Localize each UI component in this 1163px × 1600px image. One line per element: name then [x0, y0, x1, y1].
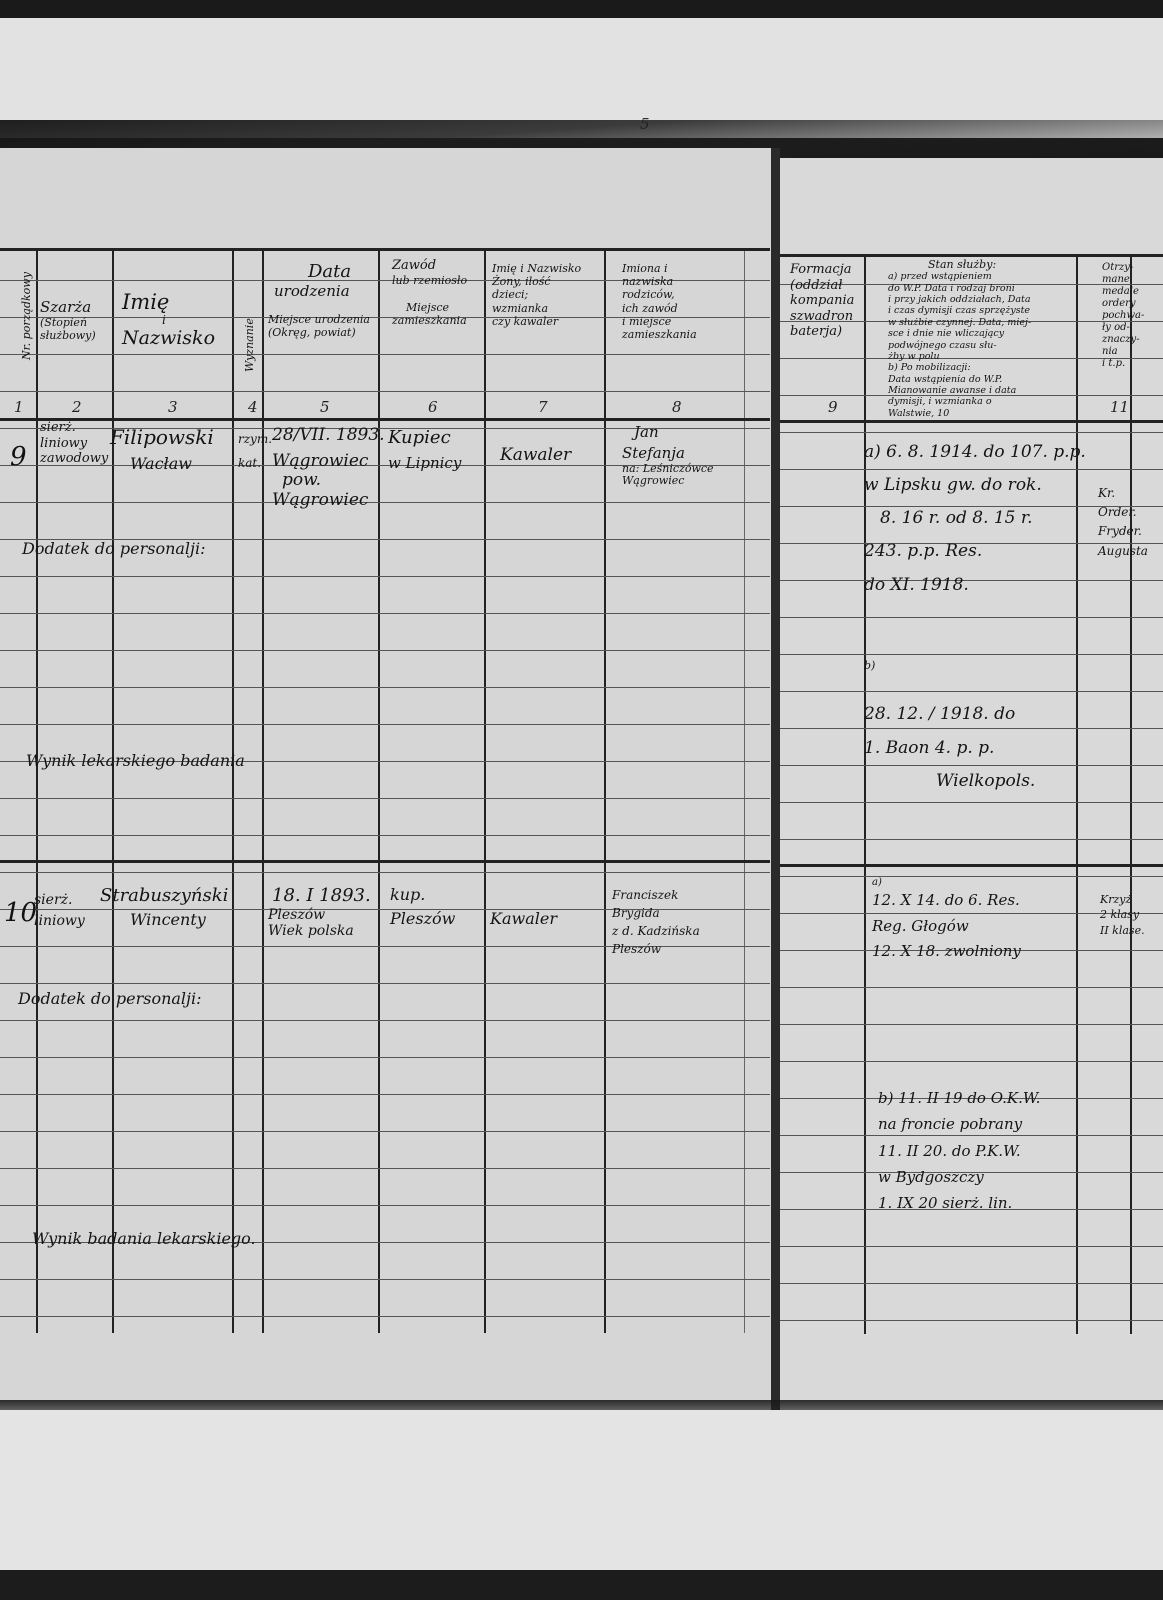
- rule-line: [0, 1020, 770, 1021]
- rule-line: [0, 1168, 770, 1169]
- header-col10: Stan służby: a) przed wstąpieniem do W.P…: [888, 258, 1031, 419]
- rule-line: [780, 1320, 1163, 1321]
- rule-line: [0, 724, 770, 725]
- record-awards: Kr. Order. Fryder. Augusta: [1098, 484, 1148, 561]
- rule-line: [0, 835, 770, 836]
- record-birth: 28/VII. 1893. Wągrowiec pow. Wągrowiec: [272, 426, 385, 510]
- rule-line: [0, 983, 770, 984]
- record-spouse: Kawaler: [490, 910, 557, 928]
- rule-line: [0, 1057, 770, 1058]
- record-appendix-label: Dodatek do personalji:: [22, 540, 206, 558]
- rule-line: [262, 248, 264, 1333]
- header-col4: Wyznanie: [243, 318, 256, 372]
- header-col9: Formacja (oddział kompania szwadron bate…: [790, 262, 854, 340]
- column-number: 3: [168, 398, 178, 416]
- rule-line: [0, 613, 770, 614]
- rule-line: [112, 248, 114, 1333]
- record-parents: Jan Stefanja na: Leśniczówce Wągrowiec: [622, 424, 714, 488]
- header-col7: Imię i Nazwisko Żony, ilość dzieci; wzmi…: [492, 262, 581, 328]
- rule-line: [780, 432, 1163, 433]
- record-rank: sierż. liniowy zawodowy: [40, 420, 108, 467]
- rule-line: [780, 839, 1163, 840]
- rule-line: [0, 576, 770, 577]
- rule-line: [0, 687, 770, 688]
- rule-line: [378, 248, 380, 1333]
- record-birth: 18. I 1893. Pleszów Wiek polska: [268, 886, 371, 939]
- record-religion: rzym. kat.: [238, 432, 272, 471]
- rule-line: [0, 354, 770, 355]
- header-col5: Data urodzenia Miejsce urodzenia (Okręg,…: [268, 262, 370, 339]
- header-col1: Nr. porządkowy: [20, 272, 33, 360]
- header-col8: Imiona i nazwiska rodziców, ich zawód i …: [622, 262, 697, 341]
- header-col2: Szarża (Stopień służbowy): [40, 298, 96, 342]
- record-service-a: a) 6. 8. 1914. do 107. p.p. w Lipsku gw.…: [864, 436, 1086, 602]
- rule-line: [36, 248, 38, 1333]
- column-number: 7: [538, 398, 548, 416]
- record-occupation: Kupiec w Lipnicy: [388, 428, 461, 472]
- rule-line: [744, 248, 745, 1333]
- record-spouse: Kawaler: [500, 446, 571, 466]
- rule-line: [0, 502, 770, 503]
- rule-line: [0, 1316, 770, 1317]
- rule-line: [780, 876, 1163, 877]
- rule-line: [780, 1283, 1163, 1284]
- column-number: 4: [248, 398, 258, 416]
- rule-line: [780, 802, 1163, 803]
- rule-line: [780, 1246, 1163, 1247]
- record-appendix-label: Dodatek do personalji:: [18, 990, 202, 1008]
- rule-line: [0, 872, 770, 873]
- header-col6: Zawód lub rzemiosło Miejsce zamieszkania: [392, 258, 467, 327]
- column-number: 6: [428, 398, 438, 416]
- rule-line: [780, 864, 1163, 867]
- record-name: Filipowski Wacław: [110, 426, 214, 473]
- record-name: Strabuszyński Wincenty: [100, 886, 228, 929]
- record-awards: Krzyż 2 klasy II klase.: [1100, 892, 1145, 938]
- record-service-b: b) 28. 12. / 1918. do 1. Baon 4. p. p. W…: [864, 655, 1035, 798]
- rule-line: [780, 987, 1163, 988]
- record-occupation: kup. Pleszów: [390, 886, 455, 929]
- rule-line: [0, 650, 770, 651]
- rule-line: [0, 1094, 770, 1095]
- rule-line: [604, 248, 606, 1333]
- rule-line: [0, 1205, 770, 1206]
- bottom-overlapping-sheet: [0, 1410, 1163, 1580]
- header-col3: Imię i Nazwisko: [122, 290, 215, 350]
- rule-line: [0, 798, 770, 799]
- record-number: 10: [4, 898, 37, 928]
- rule-line: [0, 418, 770, 421]
- column-number: 8: [672, 398, 682, 416]
- rule-line: [780, 1061, 1163, 1062]
- rule-line: [0, 391, 770, 392]
- rule-line: [484, 248, 486, 1333]
- rule-line: [780, 420, 1163, 423]
- record-service-a: a) 12. X 14. do 6. Res. Reg. Głogów 12. …: [872, 878, 1021, 965]
- rule-line: [232, 248, 234, 1333]
- bottom-edge: [0, 1570, 1163, 1600]
- column-number: 2: [72, 398, 82, 416]
- rule-line: [780, 254, 1163, 257]
- book-spine: [771, 148, 780, 1418]
- record-medical-label: Wynik badania lekarskiego.: [32, 1230, 256, 1248]
- rule-line: [0, 248, 770, 251]
- header-col11: Otrzy- mane medale ordery pochwa- ły od-…: [1102, 262, 1144, 370]
- rule-line: [0, 1279, 770, 1280]
- rule-line: [0, 1131, 770, 1132]
- column-number: 5: [320, 398, 330, 416]
- record-service-b: b) 11. II 19 do O.K.W. na froncie pobran…: [878, 1085, 1040, 1216]
- rule-line: [0, 860, 770, 863]
- record-number: 9: [10, 442, 27, 472]
- rule-line: [780, 1024, 1163, 1025]
- record-medical-label: Wynik lekarskiego badania: [26, 752, 245, 770]
- record-rank: sierż. liniowy: [34, 890, 85, 932]
- column-number: 1: [14, 398, 24, 416]
- column-number: 11: [1110, 398, 1129, 416]
- record-parents: Franciszek Brygida z d. Kadzińska Pleszó…: [612, 886, 700, 958]
- column-number: 9: [828, 398, 838, 416]
- rule-line: [780, 617, 1163, 618]
